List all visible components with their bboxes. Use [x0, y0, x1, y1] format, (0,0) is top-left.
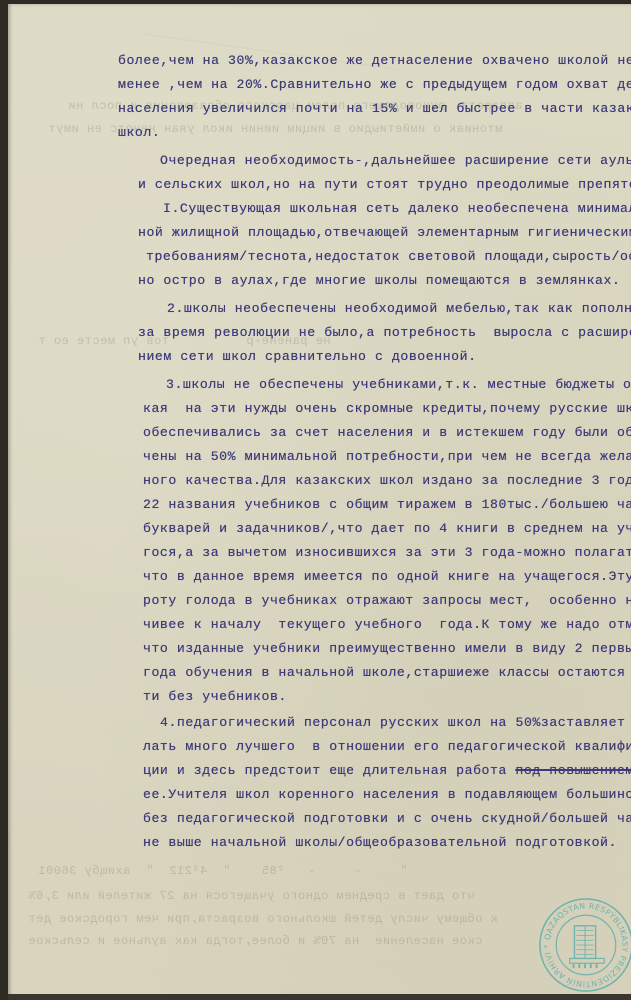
archive-stamp-icon: QAZAQSTAN RESPÝBLIKASY PREZIDENTINIŃ ARH…: [538, 897, 631, 993]
text-line: лать много лучшего в отношении его педаг…: [143, 739, 631, 754]
text-line: ти без учебников.: [143, 689, 287, 704]
text-line: 3.школы не обеспечены учебниками,т.к. ме…: [166, 377, 631, 392]
text-line: кая на эти нужды очень скромные кредиты,…: [143, 401, 631, 416]
text-line-part: ции и здесь предстоит еще длительная раб…: [143, 763, 515, 778]
text-line: чивее к началу текущего учебного года.К …: [143, 617, 631, 632]
text-line: менее ,чем на 20%.Сравнительно же с пред…: [118, 77, 631, 92]
text-line: но остро в аулах,где многие школы помеща…: [138, 273, 620, 288]
text-line: нием сети школ сравнительно с довоенной.: [138, 349, 477, 364]
text-line: и сельских школ,но на пути стоят трудно …: [138, 177, 631, 192]
text-line: 22 названия учебников с общим тиражем в …: [143, 497, 631, 512]
text-line: без педагогической подготовки и с очень …: [143, 811, 631, 826]
text-line: ее.Учителя школ коренного населения в по…: [143, 787, 631, 802]
page-bottom-edge: [8, 994, 631, 1000]
typed-text: более,чем на 30%,казакское же детнаселен…: [8, 4, 631, 998]
text-line: года обучения в начальной школе,старшиеж…: [143, 665, 631, 680]
text-line: ной жилищной площадью,отвечающей элемент…: [138, 225, 631, 240]
text-line: более,чем на 30%,казакское же детнаселен…: [118, 53, 631, 68]
text-line: Очередная необходимость-,дальнейшее расш…: [160, 153, 631, 168]
text-line: ного качества.Для казакских школ издано …: [143, 473, 631, 488]
text-line: за время революции не было,а потребность…: [138, 325, 631, 340]
text-line: 2.школы необеспечены необходимой мебелью…: [167, 301, 631, 316]
struck-text: под повышением его: [515, 763, 631, 778]
text-line: требованиям/теснота,недостаток световой …: [146, 249, 631, 264]
text-line: что в данное время имеется по одной книг…: [143, 569, 631, 584]
text-line: 4.педагогический персонал русских школ н…: [160, 715, 631, 730]
text-line: гося,а за вычетом износившихся за эти 3 …: [143, 545, 631, 560]
text-line: роту голода в учебниках отражают запросы…: [143, 593, 631, 608]
text-line: ции и здесь предстоит еще длительная раб…: [143, 763, 631, 778]
text-line: не выше начальной школы/общеобразователь…: [143, 835, 617, 850]
text-line: чены на 50% минимальной потребности,при …: [143, 449, 631, 464]
document-page: аппарата, руководящего пэлом царского об…: [8, 4, 631, 998]
text-line: I.Существующая школьная сеть далеко необ…: [163, 201, 631, 216]
text-line: населения увеличился почти на 15% и шел …: [118, 101, 631, 116]
text-line: обеспечивались за счет населения и в ист…: [143, 425, 631, 440]
text-line: букварей и задачников/,что дает по 4 кни…: [143, 521, 631, 536]
text-line: что изданные учебники преимущественно им…: [143, 641, 631, 656]
text-line: школ.: [118, 125, 160, 140]
